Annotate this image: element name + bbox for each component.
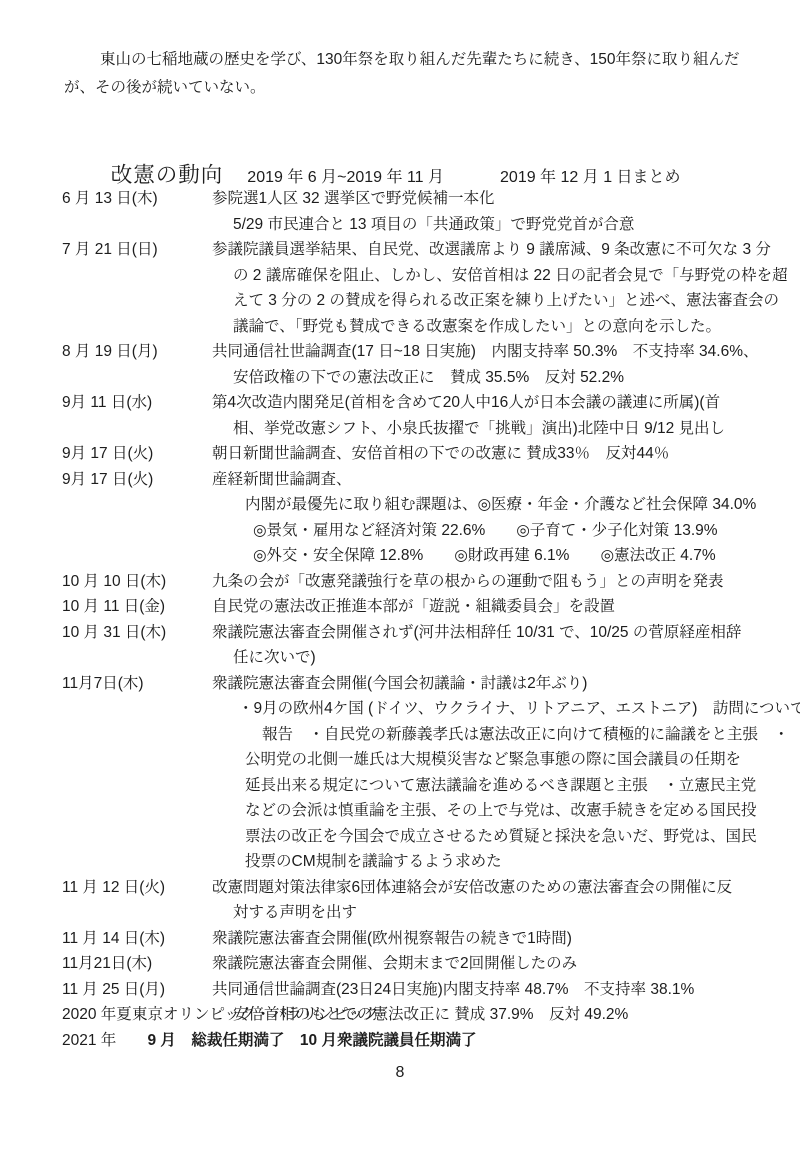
- footer-text: 9 月 総裁任期満了 10 月衆議院議員任期満了: [0, 1028, 800, 1054]
- entry-text-line: の 2 議席確保を阻止、しかし、安倍首相は 22 日の記者会見で「与野党の枠を超: [0, 263, 800, 289]
- entry-date: 9月 11 日(水): [62, 390, 152, 416]
- entry-text-line: ◎外交・安全保障 12.8% ◎財政再建 6.1% ◎憲法改正 4.7%: [0, 543, 800, 569]
- date-range: 2019 年 6 月~2019 年 11 月: [247, 169, 444, 186]
- entry-text-line: 投票のCM規制を議論するよう求めた: [0, 849, 800, 875]
- page-number: 8: [0, 1064, 800, 1082]
- entry-text-line: 対する声明を出す: [0, 900, 800, 926]
- timeline-entry: 9月 17 日(火)産経新聞世論調査、内閣が最優先に取り組む課題は、◎医療・年金…: [0, 467, 800, 569]
- entry-date: 11月7日(木): [62, 671, 144, 697]
- intro-paragraph: 東山の七稲地蔵の歴史を学び、130年祭を取り組んだ先輩たちに続き、150年祭に取…: [64, 46, 754, 102]
- entry-date: 10 月 10 日(木): [62, 569, 166, 595]
- entry-date: 8 月 19 日(月): [62, 339, 158, 365]
- compiled-date-note: 2019 年 12 月 1 日まとめ: [500, 169, 681, 186]
- footer-year-label: 2021 年: [62, 1028, 116, 1054]
- timeline-entry: 9月 11 日(水)第4次改造内閣発足(首相を含めて20人中16人が日本会議の議…: [0, 390, 800, 441]
- timeline-entry: 7 月 21 日(日)参議院議員選挙結果、自民党、改選議席より 9 議席減、9 …: [0, 237, 800, 339]
- entry-date: 6 月 13 日(木): [62, 186, 158, 212]
- timeline-entry: 9月 17 日(火)朝日新聞世論調査、安倍首相の下での改憲に 賛成33％ 反対4…: [0, 441, 800, 467]
- timeline-entry: 10 月 11 日(金)自民党の憲法改正推進本部が「遊説・組織委員会」を設置: [0, 594, 800, 620]
- timeline-entry: 11 月 12 日(火)改憲問題対策法律家6団体連絡会が安倍改憲のための憲法審査…: [0, 875, 800, 926]
- entry-text-line: えて 3 分の 2 の賛成を得られる改正案を練り上げたい」と述べ、憲法審査会の: [0, 288, 800, 314]
- timeline-entry: 8 月 19 日(月)共同通信社世論調査(17 日~18 日実施) 内閣支持率 …: [0, 339, 800, 390]
- entry-text-line: 安倍政権の下での憲法改正に 賛成 35.5% 反対 52.2%: [0, 365, 800, 391]
- entry-text-line: 票法の改正を今国会で成立させるため質疑と採決を急いだ、野党は、国民: [0, 824, 800, 850]
- footer-row: 2021 年 9 月 総裁任期満了 10 月衆議院議員任期満了: [0, 1028, 800, 1054]
- entry-date: 9月 17 日(火): [62, 467, 153, 493]
- entry-text-line: 延長出来る規定について憲法議論を進めるべき課題と主張 ・立憲民主党: [0, 773, 800, 799]
- entry-text-line: 任に次いで): [0, 645, 800, 671]
- footer-year-label: 2020 年夏: [62, 1002, 132, 1028]
- timeline-entry: 6 月 13 日(木)参院選1人区 32 選挙区で野党候補一本化5/29 市民連…: [0, 186, 800, 237]
- timeline-entry: 10 月 10 日(木)九条の会が「改憲発議強行を草の根からの運動で阻もう」との…: [0, 569, 800, 595]
- timeline-entry: 11月7日(木)衆議院憲法審査会開催(今国会初議論・討議は2年ぶり)・9月の欧州…: [0, 671, 800, 875]
- timeline-entry: 10 月 31 日(木)衆議院憲法審査会開催されず(河井法相辞任 10/31 で…: [0, 620, 800, 671]
- document-page: 東山の七稲地蔵の歴史を学び、130年祭を取り組んだ先輩たちに続き、150年祭に取…: [0, 0, 800, 1169]
- entry-date: 11 月 14 日(木): [62, 926, 165, 952]
- timeline: 6 月 13 日(木)参院選1人区 32 選挙区で野党候補一本化5/29 市民連…: [0, 186, 800, 1028]
- entry-date: 11 月 25 日(月): [62, 977, 165, 1003]
- timeline-entry: 11 月 14 日(木)衆議院憲法審査会開催(欧州視察報告の続きで1時間): [0, 926, 800, 952]
- entry-date: 11 月 12 日(火): [62, 875, 165, 901]
- entry-text-line: 報告 ・自民党の新藤義孝氏は憲法改正に向けて積極的に論議をと主張 ・: [0, 722, 800, 748]
- entry-text-line: 議論で、「野党も賛成できる改憲案を作成したい」との意向を示した。: [0, 314, 800, 340]
- entry-date: 10 月 11 日(金): [62, 594, 165, 620]
- entry-date: 11月21日(木): [62, 951, 152, 977]
- entry-text-line: 公明党の北側一雄氏は大規模災害など緊急事態の際に国会議員の任期を: [0, 747, 800, 773]
- entry-text-line: ・9月の欧州4ケ国 (ドイツ、ウクライナ、リトアニア、エストニア) 訪問について: [0, 696, 800, 722]
- entry-text-line: 5/29 市民連合と 13 項目の「共通政策」で野党党首が合意: [0, 212, 800, 238]
- entry-date: 9月 17 日(火): [62, 441, 153, 467]
- intro-line: が、その後が続いていない。: [64, 74, 754, 102]
- intro-line: 東山の七稲地蔵の歴史を学び、130年祭を取り組んだ先輩たちに続き、150年祭に取…: [64, 46, 754, 74]
- entry-text-line: などの会派は慎重論を主張、その上で与党は、改憲手続きを定める国民投: [0, 798, 800, 824]
- footer-rows: 2020 年夏東京オリンピック・パラリンピック2021 年 9 月 総裁任期満了…: [0, 1002, 800, 1053]
- entry-text-line: ◎景気・雇用など経済対策 22.6% ◎子育て・少子化対策 13.9%: [0, 518, 800, 544]
- entry-text-line: 相、挙党改憲シフト、小泉氏抜擢で「挑戦」演出)北陸中日 9/12 見出し: [0, 416, 800, 442]
- timeline-entry: 11月21日(木)衆議院憲法審査会開催、会期末まで2回開催したのみ: [0, 951, 800, 977]
- page-title: 改憲の動向: [111, 163, 224, 187]
- entry-text-line: 内閣が最優先に取り組む課題は、◎医療・年金・介護など社会保障 34.0%: [0, 492, 800, 518]
- footer-row: 2020 年夏東京オリンピック・パラリンピック: [0, 1002, 800, 1028]
- entry-date: 7 月 21 日(日): [62, 237, 158, 263]
- entry-date: 10 月 31 日(木): [62, 620, 166, 646]
